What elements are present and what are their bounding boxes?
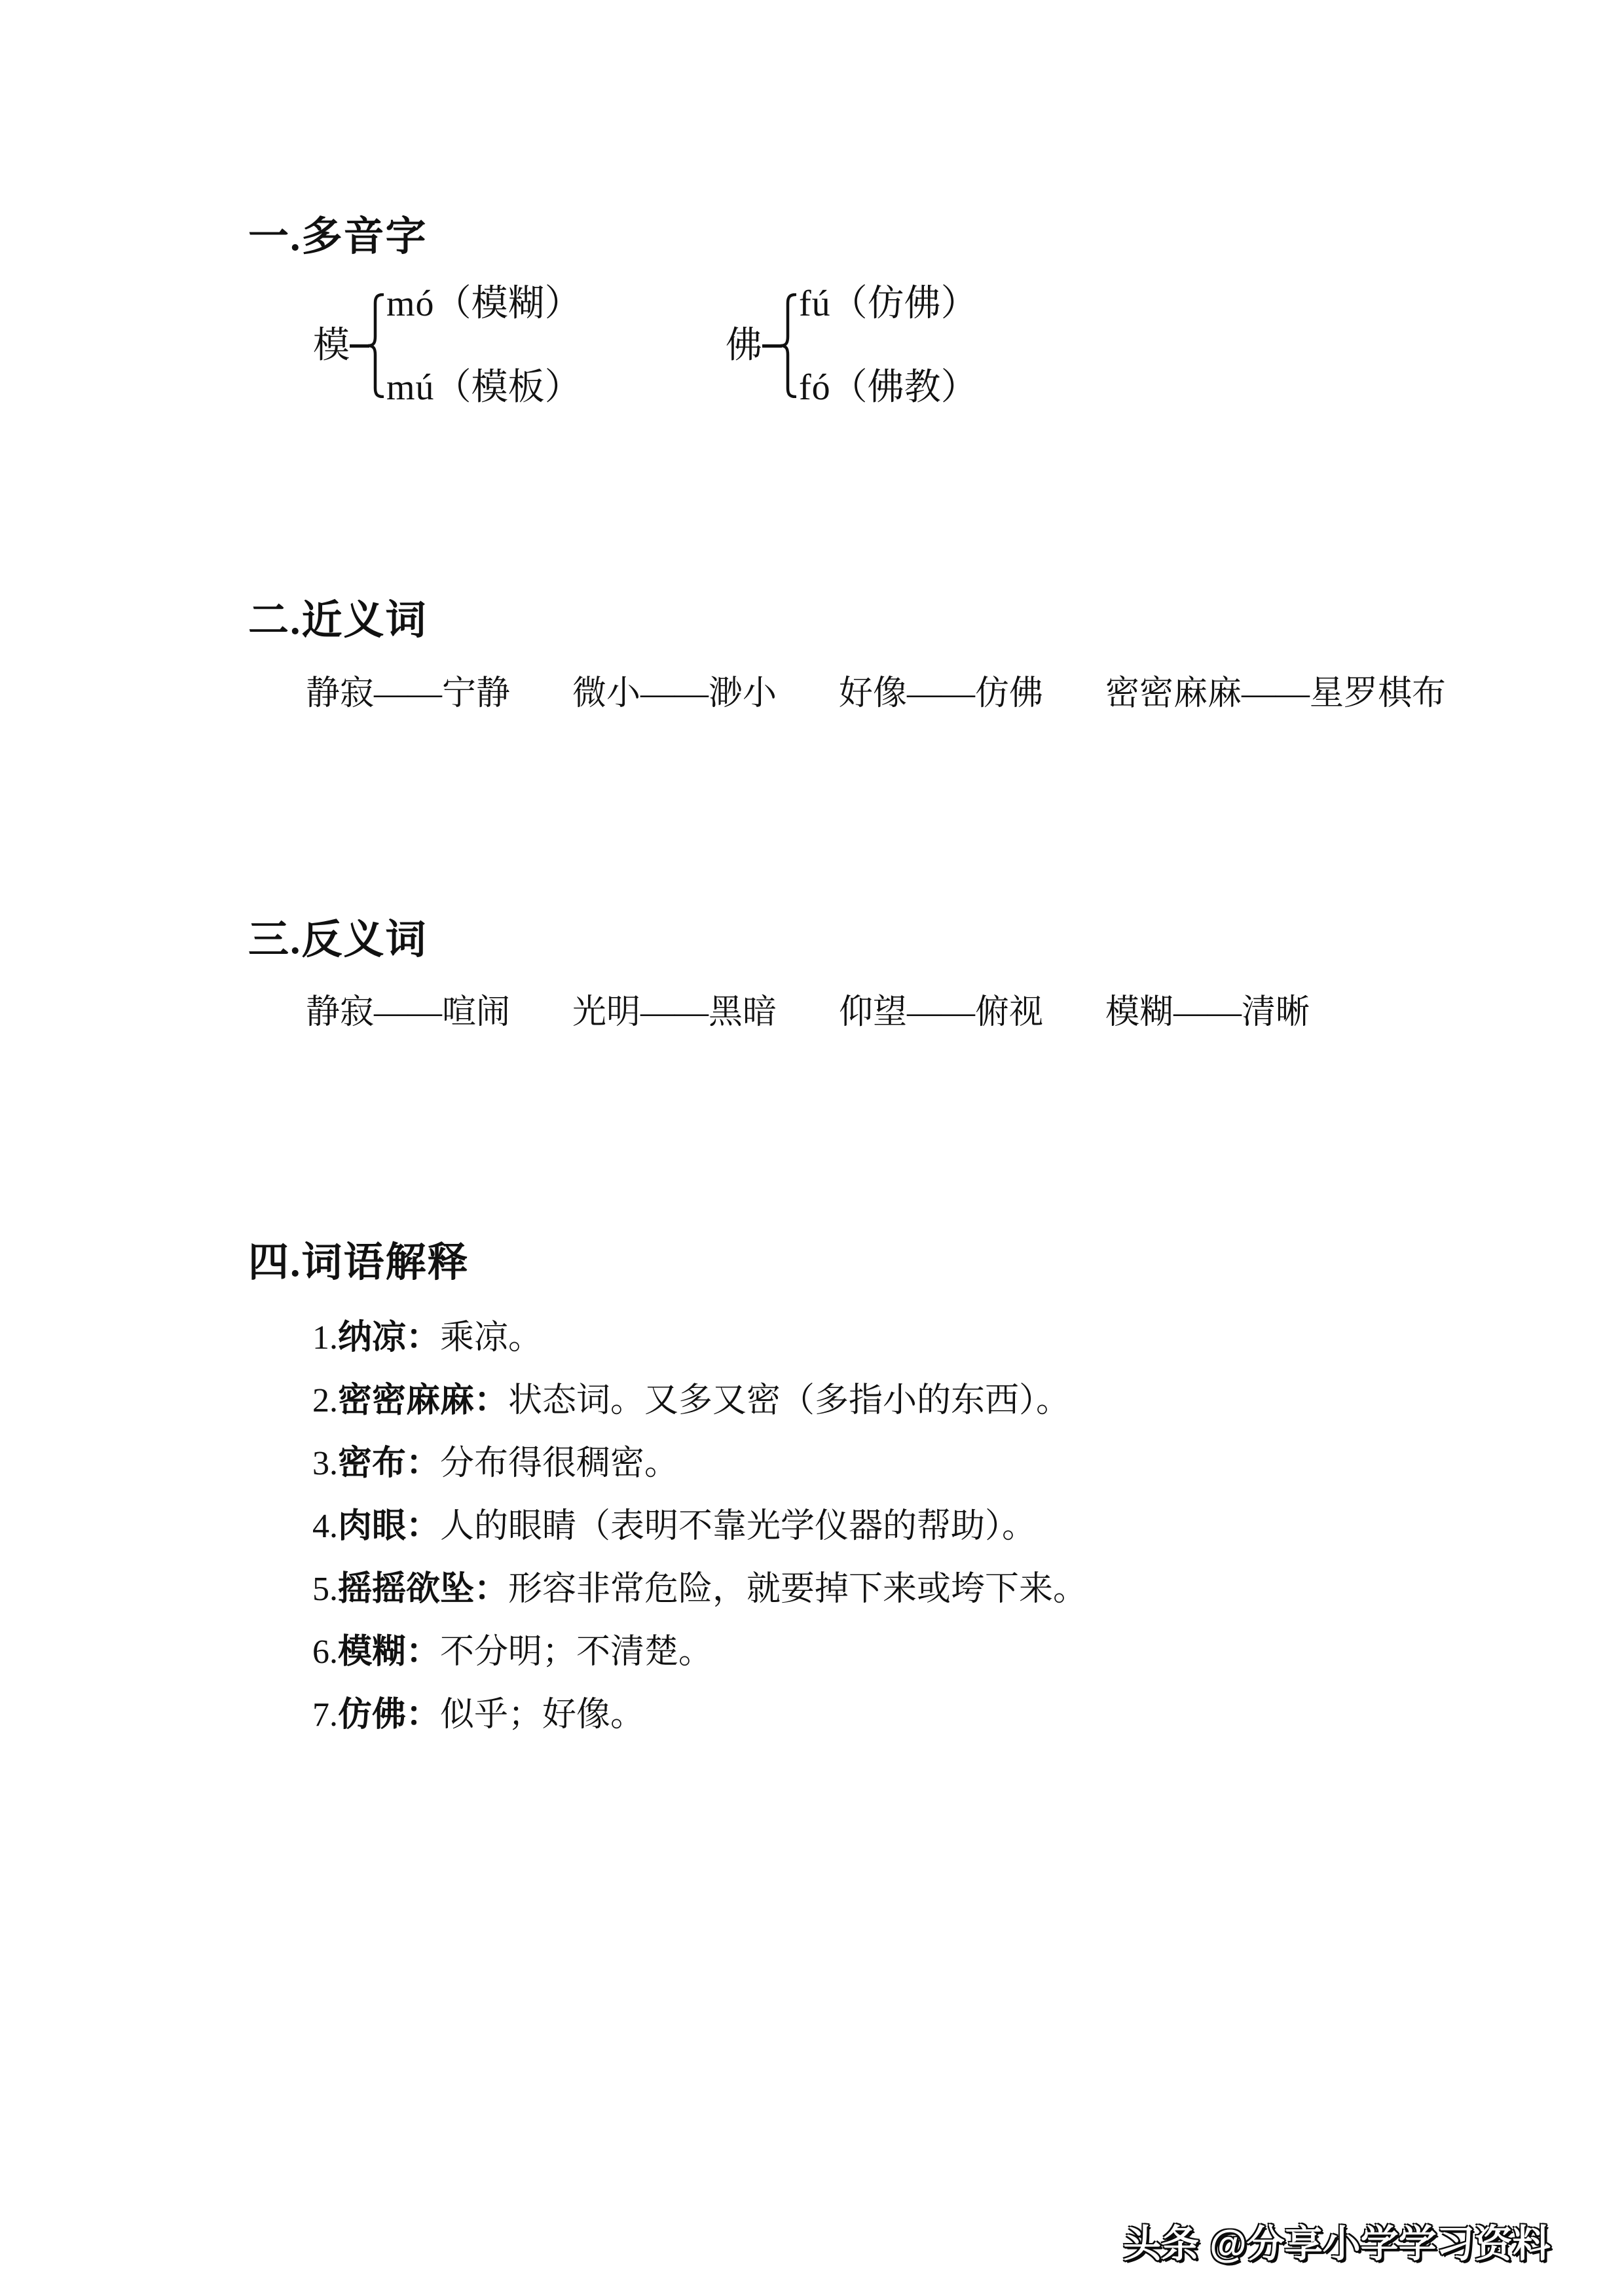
example-word: （模板）	[435, 367, 581, 408]
definition-item: 3.密布：分布得很稠密。	[312, 1444, 1087, 1484]
synonym-pair: 好像——仿佛	[839, 674, 1043, 714]
term-explanation: 不分明；不清楚。	[440, 1633, 712, 1671]
antonym-pair: 模糊——清晰	[1105, 993, 1310, 1032]
item-number: 3.	[312, 1445, 338, 1482]
item-number: 6.	[312, 1633, 338, 1671]
definition-item: 1.纳凉：乘凉。	[312, 1319, 1087, 1358]
pinyin-label: fú	[799, 283, 831, 324]
curly-brace-icon	[779, 293, 796, 398]
defined-term: 肉眼：	[338, 1508, 440, 1545]
definition-item: 6.模糊：不分明；不清楚。	[312, 1633, 1087, 1672]
example-word: （佛教）	[831, 367, 978, 408]
item-number: 1.	[312, 1319, 338, 1357]
term-explanation: 似乎；好像。	[440, 1696, 644, 1734]
section-title-definitions: 四.词语解释	[248, 1239, 470, 1286]
polyphonic-diagram-row: 模 mó（模糊） mú（模板） 佛 fú（仿佛）	[313, 284, 1361, 410]
section-title-antonyms: 三.反义词	[248, 917, 428, 964]
defined-term: 密布：	[338, 1445, 440, 1482]
base-character: 佛	[726, 326, 762, 365]
term-explanation: 人的眼睛（表明不靠光学仪器的帮助）。	[440, 1508, 1036, 1545]
worksheet-page: 一.多音字 模 mó（模糊） mú（模板） 佛	[0, 0, 1624, 2296]
defined-term: 密密麻麻：	[338, 1382, 508, 1419]
item-number: 7.	[312, 1696, 338, 1734]
defined-term: 模糊：	[338, 1633, 440, 1671]
definition-item: 7.仿佛：似乎；好像。	[312, 1696, 1087, 1735]
defined-term: 摇摇欲坠：	[338, 1571, 508, 1608]
term-explanation: 状态词。又多又密（多指小的东西）。	[508, 1382, 1070, 1419]
pinyin-label: fó	[799, 367, 831, 408]
reading-line: mú（模板）	[386, 368, 581, 407]
synonym-pair: 密密麻麻——星罗棋布	[1105, 674, 1446, 714]
synonym-pair: 微小——渺小	[572, 674, 777, 714]
readings-column: fú（仿佛） fó（佛教）	[799, 284, 978, 407]
definitions-list: 1.纳凉：乘凉。 2.密密麻麻：状态词。又多又密（多指小的东西）。 3.密布：分…	[312, 1319, 1087, 1735]
defined-term: 纳凉：	[338, 1319, 440, 1357]
term-explanation: 乘凉。	[440, 1319, 542, 1357]
example-word: （模糊）	[435, 283, 581, 324]
synonym-row: 静寂——宁静 微小——渺小 好像——仿佛 密密麻麻——星罗棋布	[306, 674, 1446, 714]
defined-term: 仿佛：	[338, 1696, 440, 1734]
synonym-pair: 静寂——宁静	[306, 674, 510, 714]
antonym-pair: 静寂——喧闹	[306, 993, 510, 1032]
pinyin-label: mó	[386, 283, 435, 324]
definition-item: 5.摇摇欲坠：形容非常危险，就要掉下来或垮下来。	[312, 1570, 1087, 1609]
antonym-row: 静寂——喧闹 光明——黑暗 仰望——俯视 模糊——清晰	[306, 993, 1310, 1032]
item-number: 5.	[312, 1571, 338, 1608]
base-character: 模	[313, 326, 350, 365]
definition-item: 2.密密麻麻：状态词。又多又密（多指小的东西）。	[312, 1381, 1087, 1421]
bracket-group-fo: 佛 fú（仿佛） fó（佛教）	[726, 284, 978, 407]
reading-line: fó（佛教）	[799, 368, 978, 407]
pinyin-label: mú	[386, 367, 435, 408]
item-number: 4.	[312, 1508, 338, 1545]
section-title-synonyms: 二.近义词	[248, 597, 428, 644]
term-explanation: 形容非常危险，就要掉下来或垮下来。	[508, 1571, 1087, 1608]
example-word: （仿佛）	[831, 283, 978, 324]
definition-item: 4.肉眼：人的眼睛（表明不靠光学仪器的帮助）。	[312, 1507, 1087, 1546]
item-number: 2.	[312, 1382, 338, 1419]
bracket-group-mo: 模 mó（模糊） mú（模板）	[313, 284, 581, 407]
term-explanation: 分布得很稠密。	[440, 1445, 678, 1482]
readings-column: mó（模糊） mú（模板）	[386, 284, 581, 407]
section-title-polyphonic: 一.多音字	[248, 213, 428, 261]
reading-line: mó（模糊）	[386, 284, 581, 323]
toutiao-watermark: 头条 @分享小学学习资料	[1123, 2223, 1551, 2265]
reading-line: fú（仿佛）	[799, 284, 978, 323]
antonym-pair: 光明——黑暗	[572, 993, 777, 1032]
curly-brace-icon	[367, 293, 384, 398]
antonym-pair: 仰望——俯视	[839, 993, 1043, 1032]
